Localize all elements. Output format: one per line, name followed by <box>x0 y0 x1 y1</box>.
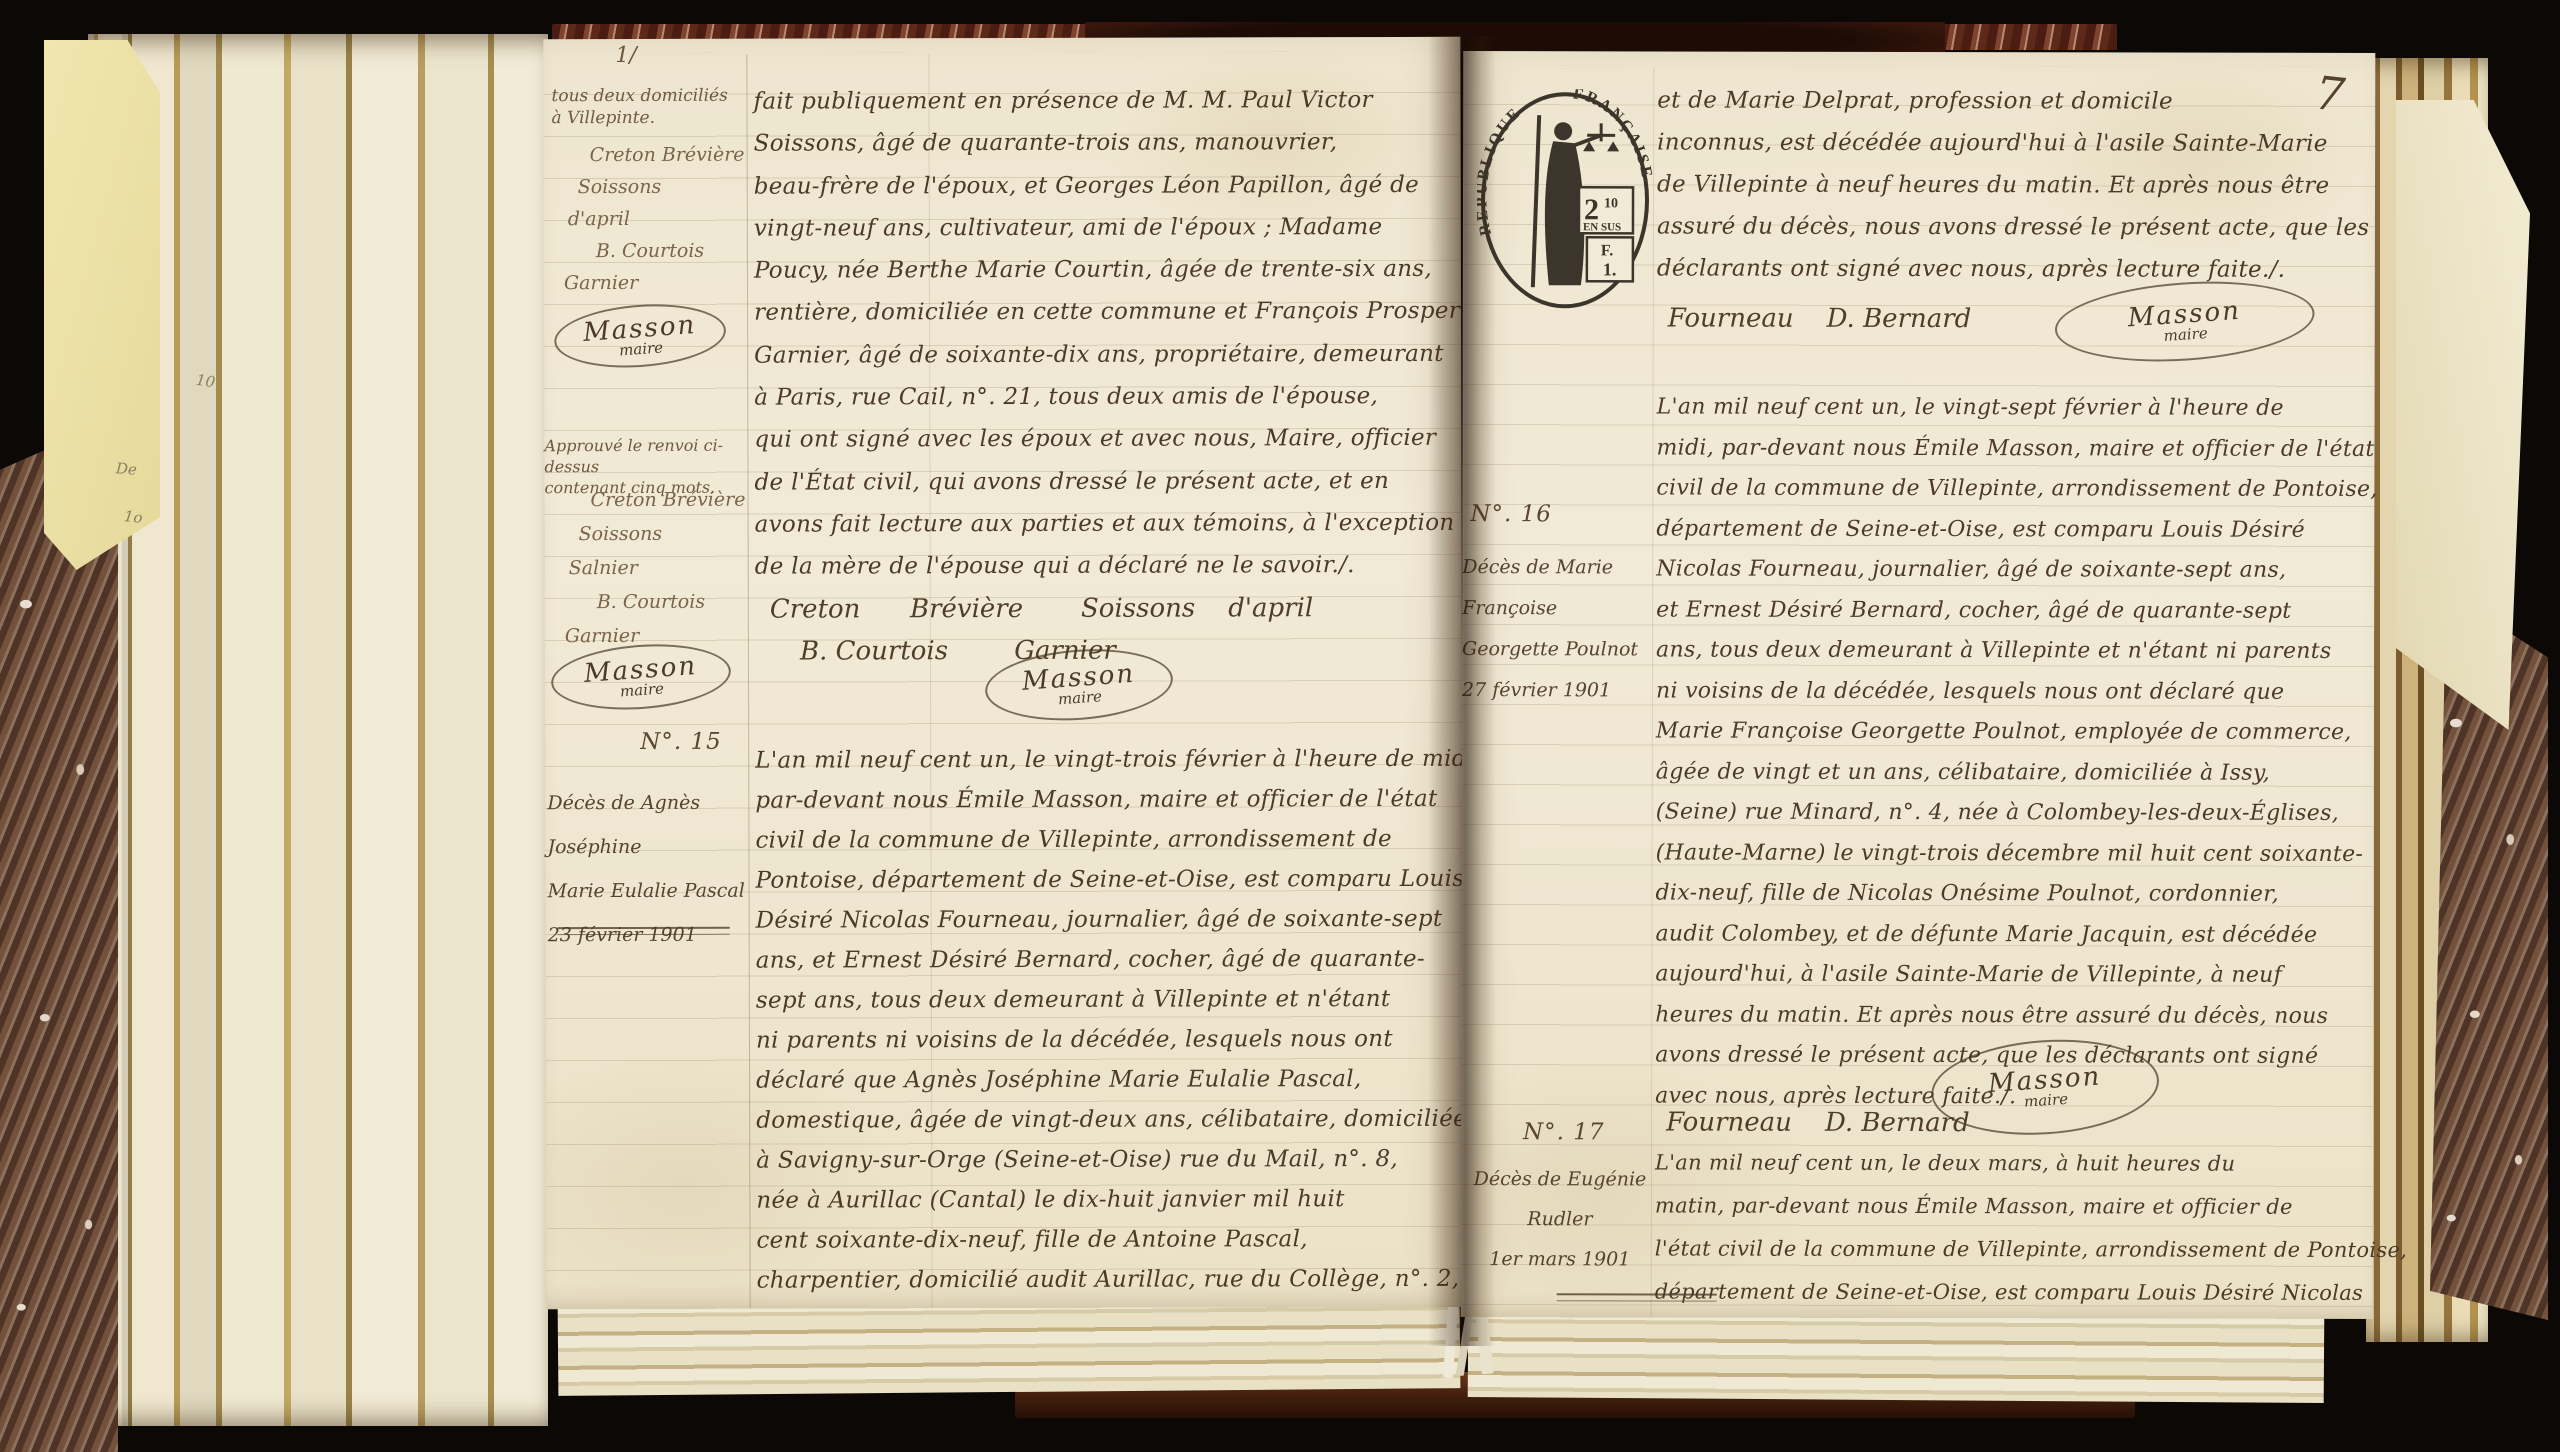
act-line: et de Marie Delprat, profession et domic… <box>1657 79 2361 122</box>
act-line: rentière, domiciliée en cette commune et… <box>754 290 1460 334</box>
act-line: Pontoise, département de Seine-et-Oise, … <box>755 859 1465 901</box>
act-line: (Haute-Marne) le vingt-trois décembre mi… <box>1656 833 2366 875</box>
act-line: née à Aurillac (Cantal) le dix-huit janv… <box>756 1179 1466 1221</box>
left-vellum-cover-corner <box>44 40 160 570</box>
act-line: fait publiquement en présence de M. M. P… <box>753 79 1459 123</box>
act-15-text: L'an mil neuf cent un, le vingt-trois fé… <box>755 739 1466 1301</box>
act-line: ni voisins de la décédée, lesquels nous … <box>1656 671 2366 713</box>
surtax-cents: 10 <box>1604 196 1618 211</box>
act-line: civil de la commune de Villepinte, arron… <box>755 819 1465 861</box>
act-line: audit Colombey, et de défunte Marie Jacq… <box>1655 914 2365 956</box>
act-line: civil de la commune de Villepinte, arron… <box>1656 468 2366 510</box>
witness-signature: d'april <box>568 203 745 235</box>
record-title-line: Rudler <box>1467 1199 1653 1239</box>
signature-title: maire <box>619 679 664 700</box>
record-16-title: Décès de Marie FrançoiseGeorgette Poulno… <box>1462 547 1654 711</box>
act-line: l'état civil de la commune de Villepinte… <box>1655 1227 2367 1271</box>
act-line: qui ont signé avec les époux et avec nou… <box>754 417 1460 461</box>
act-16-text: L'an mil neuf cent un, le vingt-sept fév… <box>1655 387 2367 1117</box>
act-line: et Ernest Désiré Bernard, cocher, âgé de… <box>1656 590 2366 632</box>
act-line: Garnier, âgé de soixante-dix ans, propri… <box>754 333 1460 377</box>
margin-witness-signatures-mid: Creton BrévièreSoissonsSalnierB. Courtoi… <box>565 483 746 653</box>
act-line: matin, par-devant nous Émile Masson, mai… <box>1655 1184 2367 1228</box>
edge-pencil-mark: De <box>115 459 137 478</box>
signature-title: maire <box>1057 687 1102 708</box>
margin-witness-signatures-top: Creton BrévièreSoissonsd'aprilB. Courtoi… <box>564 139 745 299</box>
witness-signature: Salnier <box>569 551 746 585</box>
masson-signature-oval: Masson maire <box>552 299 728 373</box>
act-line: ans, tous deux demeurant à Villepinte et… <box>1656 630 2366 672</box>
act-line: L'an mil neuf cent un, le vingt-sept fév… <box>1657 387 2367 429</box>
margin-note-line: tous deux domiciliés <box>551 85 743 108</box>
act-line: cent soixante-dix-neuf, fille de Antoine… <box>756 1219 1466 1261</box>
act-line: de la mère de l'épouse qui a déclaré ne … <box>755 544 1461 588</box>
record-title-line: 27 février 1901 <box>1462 670 1654 711</box>
act-line: sept ans, tous deux demeurant à Villepin… <box>756 979 1466 1021</box>
witness-signature: Soissons <box>578 171 745 203</box>
act-line: à Savigny-sur-Orge (Seine-et-Oise) rue d… <box>756 1139 1466 1181</box>
act-line: Nicolas Fourneau, journalier, âgé de soi… <box>1656 549 2366 591</box>
register-book-scan: 10 De 1o 1/ tous deux domiciliésà Villep… <box>0 0 2560 1452</box>
act-line: assuré du décès, nous avons dressé le pr… <box>1657 205 2361 248</box>
stamp-amount: 1. <box>1603 259 1617 279</box>
act-line: ans, et Ernest Désiré Bernard, cocher, â… <box>756 939 1466 981</box>
republique-francaise-stamp: RÉPUBLIQUE FRANÇAISE 2 10 EN SUS F. 1. <box>1477 89 1653 311</box>
right-page: 7 RÉPUBLIQUE FRANÇAISE 2 10 <box>1461 51 2376 1319</box>
witness-signature: Soissons <box>579 517 746 551</box>
signature-title: maire <box>2163 324 2208 345</box>
record-title-line: Georgette Poulnot <box>1462 629 1654 670</box>
act-line: déclaré que Agnès Joséphine Marie Eulali… <box>756 1059 1466 1101</box>
act-line: midi, par-devant nous Émile Masson, mair… <box>1656 428 2366 470</box>
act-line: de Villepinte à neuf heures du matin. Et… <box>1657 163 2361 206</box>
margin-note-domicile: tous deux domiciliésà Villepinte. <box>551 85 743 130</box>
act-line: aujourd'hui, à l'asile Sainte-Marie de V… <box>1655 954 2365 996</box>
record-title-line: Décès de Eugénie <box>1467 1159 1653 1199</box>
witness-signature: B. Courtois <box>597 585 746 619</box>
svg-text:RÉPUBLIQUE: RÉPUBLIQUE <box>1477 104 1525 237</box>
act-15-witness-signatures: Fourneau D. Bernard <box>1668 303 1972 334</box>
left-page: 1/ tous deux domiciliésà Villepinte. Cre… <box>543 37 1463 1309</box>
act-16-witness-signatures: Fourneau D. Bernard <box>1666 1107 1970 1138</box>
edge-pencil-mark: 10 <box>195 371 216 391</box>
signature-title: maire <box>618 338 663 359</box>
act-line: heures du matin. Et après nous être assu… <box>1655 995 2365 1037</box>
left-marbled-board <box>0 418 118 1452</box>
signature-title: maire <box>2023 1090 2068 1111</box>
stamp-currency: F. <box>1601 242 1613 259</box>
witness-signature: B. Courtois <box>596 235 745 267</box>
right-vellum-cover-corner <box>2396 100 2530 730</box>
double-rule <box>558 927 730 935</box>
record-title-line: Décès de Agnès Joséphine <box>547 781 747 870</box>
act-line: par-devant nous Émile Masson, maire et o… <box>755 779 1465 821</box>
act-line: avons fait lecture aux parties et aux té… <box>755 502 1461 546</box>
record-15-number: N°. 15 <box>640 729 722 755</box>
act-line: à Paris, rue Cail, n°. 21, tous deux ami… <box>754 375 1460 419</box>
act-14-witness-signatures-row1: Creton Brévière Soissons d'april <box>770 593 1313 624</box>
witness-signature: Creton Brévière <box>590 139 745 171</box>
act-line: charpentier, domicilié audit Aurillac, r… <box>757 1259 1467 1301</box>
act-line: ni parents ni voisins de la décédée, les… <box>756 1019 1466 1061</box>
margin-note-line: Approuvé le renvoi ci-dessus <box>544 435 752 478</box>
act-line: Poucy, née Berthe Marie Courtin, âgée de… <box>754 248 1460 292</box>
act-line: Marie Françoise Georgette Poulnot, emplo… <box>1656 711 2366 753</box>
right-bottom-page-edges <box>1468 1307 2325 1403</box>
margin-note-line: à Villepinte. <box>552 107 744 130</box>
record-16-number: N°. 16 <box>1470 501 1552 527</box>
witness-signature: Garnier <box>564 267 745 299</box>
archival-paraph: 1/ <box>615 43 636 68</box>
act-line: département de Seine-et-Oise, est compar… <box>1655 1270 2367 1314</box>
stamp-arc-left-text: RÉPUBLIQUE <box>1477 104 1525 237</box>
record-title-line: 1er mars 1901 <box>1467 1239 1653 1279</box>
edge-pencil-mark: 1o <box>123 507 143 527</box>
record-17-title: Décès de EugénieRudler1er mars 1901 <box>1467 1159 1653 1279</box>
act-line: de l'État civil, qui avons dressé le pré… <box>754 459 1460 503</box>
act-line: beau-frère de l'époux, et Georges Léon P… <box>754 163 1460 207</box>
margin-rule <box>746 55 750 1309</box>
record-17-number: N°. 17 <box>1523 1119 1605 1145</box>
act-17-text: L'an mil neuf cent un, le deux mars, à h… <box>1655 1141 2367 1314</box>
act-line: dix-neuf, fille de Nicolas Onésime Pouln… <box>1656 873 2366 915</box>
act-line: Soissons, âgé de quarante-trois ans, man… <box>754 121 1460 165</box>
record-title-line: Marie Eulalie Pascal <box>548 869 748 914</box>
act-line: département de Seine-et-Oise, est compar… <box>1656 509 2366 551</box>
act-line: L'an mil neuf cent un, le vingt-trois fé… <box>755 739 1465 781</box>
act-line: âgée de vingt et un ans, célibataire, do… <box>1656 752 2366 794</box>
witness-signature: Creton Brévière <box>591 483 746 517</box>
left-bottom-page-edges <box>558 1294 1461 1396</box>
act-line: inconnus, est décédée aujourd'hui à l'as… <box>1657 121 2361 164</box>
act-14-continuation-text: fait publiquement en présence de M. M. P… <box>753 79 1460 588</box>
act-line: vingt-neuf ans, cultivateur, ami de l'ép… <box>754 206 1460 250</box>
surtax-label: EN SUS <box>1583 221 1621 233</box>
act-line: domestique, âgée de vingt-deux ans, céli… <box>756 1099 1466 1141</box>
act-line: L'an mil neuf cent un, le deux mars, à h… <box>1655 1141 2367 1185</box>
act-line: Désiré Nicolas Fourneau, journalier, âgé… <box>756 899 1466 941</box>
record-title-line: Décès de Marie Françoise <box>1462 547 1654 629</box>
act-line: (Seine) rue Minard, n°. 4, née à Colombe… <box>1656 792 2366 834</box>
act-15-continuation-text: et de Marie Delprat, profession et domic… <box>1657 79 2361 290</box>
